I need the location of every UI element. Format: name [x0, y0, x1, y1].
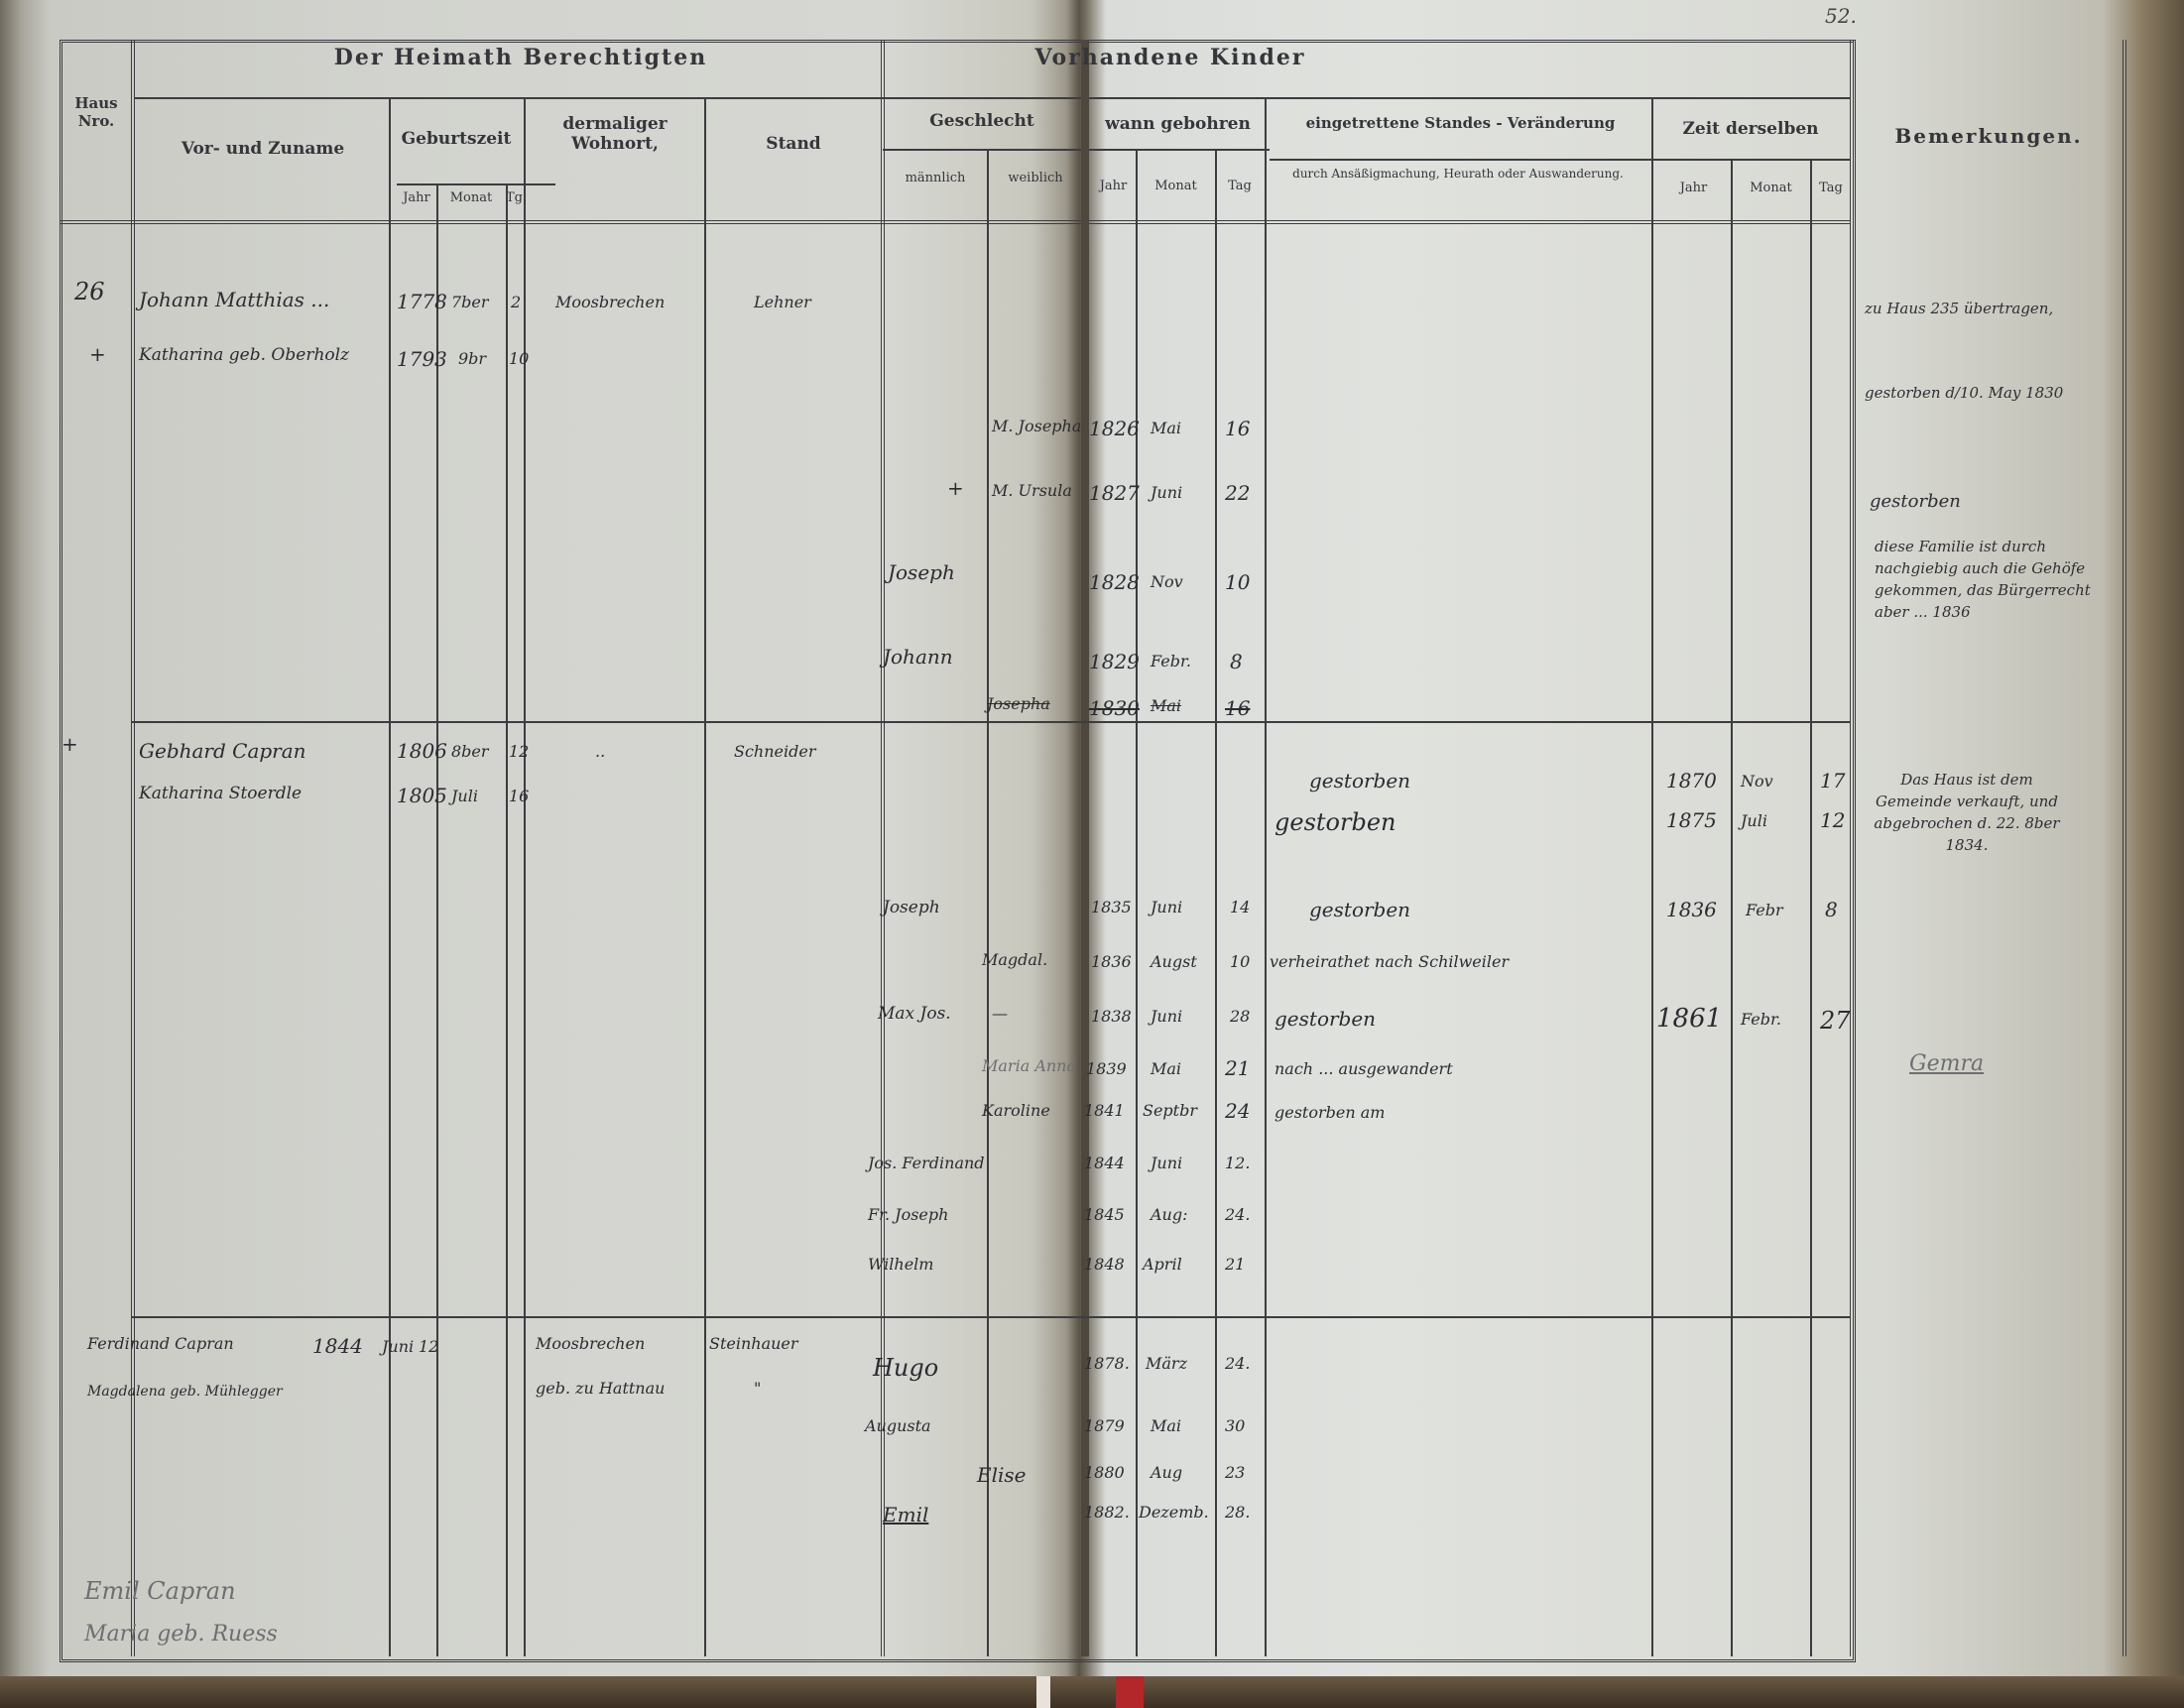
- header-veraenderung: eingetrettene Standes - Veränderung: [1270, 114, 1651, 132]
- child-jahr: 1880: [1084, 1463, 1125, 1482]
- child-weiblich: Karoline: [982, 1101, 1050, 1120]
- family-separator-2: [131, 1316, 1850, 1318]
- col-rule-name: [389, 97, 391, 1656]
- col-rule-bemerkungen: [1850, 40, 1854, 1656]
- col-rule-monat: [506, 183, 508, 1656]
- parent-name: Katharina geb. Oberholz: [139, 345, 349, 365]
- pencil-entry: Emil Capran: [84, 1577, 236, 1605]
- subheader-rule-zeit: [1651, 159, 1850, 161]
- child-tag: 21: [1225, 1255, 1245, 1274]
- child-maennlich: Wilhelm: [868, 1255, 933, 1274]
- subheader-rule-veraenderung: [1270, 159, 1651, 161]
- child-tag: 16: [1225, 417, 1250, 440]
- bookmark-ribbon-white: [1036, 1676, 1050, 1708]
- child-tag-struck: 16: [1225, 696, 1250, 720]
- child-jahr: 1836: [1091, 952, 1132, 971]
- child-change-jahr: 1836: [1666, 898, 1717, 921]
- parent-tag: 2: [511, 293, 521, 311]
- child-maennlich: Joseph: [883, 898, 940, 917]
- child-change: verheirathet nach Schilweiler: [1270, 952, 1509, 971]
- parent-stand: Schneider: [734, 742, 815, 761]
- header-wohnort: dermaliger Wohnort,: [536, 114, 694, 154]
- header-name: Vor- und Zuname: [139, 139, 387, 159]
- parent-jahr: 1805: [397, 784, 447, 807]
- family-separator-1: [131, 721, 1850, 723]
- child-weiblich: —: [992, 1004, 1008, 1023]
- header-maennlich: männlich: [886, 171, 985, 185]
- child-monat: März: [1146, 1354, 1187, 1373]
- header-haus-nro: Haus Nro.: [61, 94, 131, 130]
- child-change-jahr: 1861: [1656, 1004, 1722, 1034]
- col-rule-haus: [131, 40, 135, 1656]
- parent-monat: 8ber: [451, 742, 489, 761]
- parent-monat: 9br: [458, 349, 486, 368]
- child-jahr: 1839: [1086, 1059, 1127, 1078]
- remark: diese Familie ist durch nachgiebig auch …: [1875, 536, 2108, 623]
- col-rule-stand: [881, 40, 885, 1656]
- child-tag: 12.: [1225, 1154, 1250, 1172]
- child-jahr: 1879: [1084, 1416, 1125, 1435]
- header-group-heimath: Der Heimath Berechtigten: [298, 45, 744, 70]
- header-geschlecht: Geschlecht: [883, 111, 1081, 131]
- child-jahr: 1828: [1089, 570, 1140, 594]
- child-tag: 10: [1225, 570, 1250, 594]
- child-weiblich: M. Josepha: [992, 417, 1081, 435]
- child-maennlich: Jos. Ferdinand: [868, 1154, 985, 1172]
- register-table-frame: [60, 40, 1856, 1662]
- parent-tag: 10: [509, 349, 529, 368]
- child-monat: Augst: [1151, 952, 1197, 971]
- child-weiblich-struck: Josepha: [987, 694, 1050, 713]
- header-k-tag: Tag: [1217, 179, 1263, 193]
- child-tag: 8: [1230, 650, 1243, 673]
- header-rule-bottom: [60, 220, 1850, 224]
- child-jahr: 1848: [1084, 1255, 1125, 1274]
- header-wann-gebohren: wann gebohren: [1086, 114, 1270, 134]
- child-monat: Juni: [1151, 1007, 1182, 1026]
- remark: gestorben: [1870, 491, 2113, 513]
- parent-monat: Juni: [382, 1337, 414, 1356]
- child-weiblich: Elise: [977, 1463, 1027, 1487]
- child-tag: 30: [1225, 1416, 1245, 1435]
- col-rule-k-monat: [1215, 149, 1217, 1656]
- bookmark-ribbon-red: [1116, 1676, 1144, 1708]
- col-rule-wohnort: [704, 97, 706, 1656]
- col-rule-jahr: [436, 183, 438, 1656]
- child-change-tag: 27: [1820, 1007, 1851, 1035]
- header-z-monat: Monat: [1734, 181, 1808, 195]
- header-weiblich: weiblich: [992, 171, 1079, 185]
- page-number: 52.: [1825, 4, 1857, 28]
- parent-stand: ": [754, 1379, 761, 1398]
- parent-wohnort: ..: [595, 742, 605, 761]
- child-monat: Febr.: [1151, 652, 1191, 671]
- parent-tag: 16: [509, 787, 529, 805]
- child-change: nach ... ausgewandert: [1274, 1059, 1453, 1078]
- parent-change: gestorben: [1274, 808, 1395, 836]
- deceased-marker: +: [947, 476, 964, 500]
- parent-name: Magdalena geb. Mühlegger: [87, 1384, 283, 1400]
- col-rule-k-jahr: [1136, 149, 1138, 1656]
- child-maennlich: Emil: [883, 1503, 928, 1526]
- child-monat: Aug:: [1151, 1205, 1188, 1224]
- parent-wohnort: Moosbrechen: [555, 293, 665, 311]
- child-maennlich: Joseph: [888, 560, 955, 584]
- header-z-tag: Tag: [1812, 181, 1850, 195]
- remark-pencil: Gemra: [1909, 1051, 1984, 1076]
- child-monat-struck: Mai: [1151, 696, 1181, 715]
- child-jahr: 1835: [1091, 898, 1132, 916]
- parent-change: gestorben: [1309, 769, 1410, 793]
- parent-name: Gebhard Capran: [139, 739, 306, 763]
- col-rule-maennlich: [987, 149, 989, 1656]
- haus-nr-26: 26: [74, 278, 105, 305]
- col-rule-tag: [524, 97, 526, 1656]
- child-weiblich: Maria Anna: [982, 1056, 1076, 1075]
- child-change: gestorben: [1274, 1007, 1376, 1031]
- col-rule-z-jahr: [1731, 159, 1733, 1656]
- parent-wohnort: geb. zu Hattnau: [536, 1379, 665, 1398]
- parent-name: Johann Matthias ...: [139, 288, 329, 311]
- header-group-kinder: Vorhandene Kinder: [1022, 45, 1319, 70]
- remark: gestorben d/10. May 1830: [1865, 382, 2113, 404]
- child-monat: Mai: [1151, 1059, 1181, 1078]
- child-tag: 24.: [1225, 1205, 1250, 1224]
- child-change: gestorben am: [1274, 1103, 1385, 1122]
- child-jahr: 1844: [1084, 1154, 1125, 1172]
- header-tag: Tg.: [506, 190, 526, 205]
- header-rule-top-group: [134, 97, 1850, 99]
- remark: Das Haus ist dem Gemeinde verkauft, und …: [1863, 769, 2071, 856]
- child-weiblich: M. Ursula: [992, 481, 1072, 500]
- pencil-entry: Maria geb. Ruess: [84, 1622, 278, 1647]
- header-monat: Monat: [438, 190, 504, 205]
- parent-stand: Lehner: [754, 293, 811, 311]
- child-change: gestorben: [1309, 898, 1410, 921]
- parent-tag: 12: [509, 742, 529, 761]
- subheader-rule-geschlecht: [883, 149, 1081, 151]
- child-jahr: 1826: [1089, 417, 1140, 440]
- parent-stand: Steinhauer: [709, 1334, 798, 1353]
- open-register-book: 52. Haus Nro. Der Heimath Berechtigten V…: [0, 0, 2184, 1708]
- child-change-monat: Febr: [1746, 901, 1783, 919]
- parent-tag: 12: [419, 1337, 438, 1356]
- child-monat: April: [1143, 1255, 1182, 1274]
- parent-change-monat: Juli: [1741, 811, 1767, 830]
- col-rule-z-monat: [1810, 159, 1812, 1656]
- child-monat: Aug: [1151, 1463, 1182, 1482]
- child-monat: Juni: [1151, 898, 1182, 916]
- child-tag: 24.: [1225, 1354, 1250, 1373]
- header-z-jahr: Jahr: [1656, 181, 1731, 195]
- parent-change-monat: Nov: [1741, 772, 1773, 791]
- child-jahr: 1838: [1091, 1007, 1132, 1026]
- header-k-jahr: Jahr: [1091, 179, 1136, 193]
- child-tag: 28.: [1225, 1503, 1250, 1522]
- subheader-rule-geburtszeit: [397, 183, 555, 185]
- child-jahr: 1878.: [1084, 1354, 1130, 1373]
- child-tag: 10: [1230, 952, 1250, 971]
- header-stand: Stand: [709, 134, 878, 154]
- child-jahr: 1882.: [1084, 1503, 1130, 1522]
- parent-name: Katharina Stoerdle: [139, 784, 302, 803]
- subheader-rule-wann: [1086, 149, 1270, 151]
- child-weiblich: Magdal.: [982, 950, 1047, 969]
- child-tag: 21: [1225, 1056, 1250, 1080]
- child-tag: 28: [1230, 1007, 1250, 1026]
- child-monat: Dezemb.: [1139, 1503, 1209, 1522]
- child-tag: 23: [1225, 1463, 1245, 1482]
- child-monat: Nov: [1151, 572, 1183, 591]
- parent-change-jahr: 1875: [1666, 808, 1717, 832]
- child-change-monat: Febr.: [1741, 1010, 1781, 1029]
- header-veraenderung-sub: durch Ansäßigmachung, Heurath oder Auswa…: [1289, 167, 1627, 181]
- child-monat: Mai: [1151, 419, 1181, 437]
- child-jahr: 1827: [1089, 481, 1140, 505]
- child-jahr: 1829: [1089, 650, 1140, 673]
- parent-change-jahr: 1870: [1666, 769, 1717, 793]
- parent-change-tag: 17: [1820, 769, 1845, 793]
- parent-wohnort: Moosbrechen: [536, 1334, 645, 1353]
- header-jahr: Jahr: [397, 190, 436, 205]
- header-geburtszeit: Geburtszeit: [392, 129, 521, 149]
- parent-monat: 7ber: [451, 293, 489, 311]
- book-bottom-edge: [0, 1676, 2184, 1708]
- header-k-monat: Monat: [1139, 179, 1213, 193]
- parent-monat: Juli: [451, 787, 478, 805]
- child-monat: Mai: [1151, 1416, 1181, 1435]
- child-tag: 22: [1225, 481, 1250, 505]
- child-change-tag: 8: [1825, 898, 1838, 921]
- child-maennlich: Max Jos.: [878, 1004, 951, 1024]
- deceased-marker-1: +: [89, 342, 106, 366]
- col-rule-veraenderung: [1651, 97, 1653, 1656]
- col-rule-gutter: [1081, 40, 1089, 1656]
- child-maennlich: Augusta: [865, 1416, 931, 1435]
- deceased-marker-2: +: [61, 732, 78, 756]
- child-jahr: 1845: [1084, 1205, 1125, 1224]
- child-monat: Septbr: [1143, 1101, 1197, 1120]
- header-zeit-derselben: Zeit derselben: [1651, 119, 1850, 139]
- child-monat: Juni: [1151, 483, 1182, 502]
- child-tag: 24: [1225, 1099, 1250, 1123]
- parent-name: Ferdinand Capran: [87, 1334, 234, 1353]
- col-rule-k-tag: [1265, 97, 1267, 1656]
- child-jahr: 1841: [1084, 1101, 1125, 1120]
- child-maennlich: Fr. Joseph: [868, 1205, 948, 1224]
- remark: zu Haus 235 übertragen,: [1865, 298, 2108, 319]
- child-tag: 14: [1230, 898, 1250, 916]
- child-maennlich: Johann: [883, 645, 953, 669]
- parent-jahr: 1793: [397, 347, 447, 371]
- page-right-border: [2123, 40, 2126, 1656]
- parent-change-tag: 12: [1820, 808, 1845, 832]
- child-jahr-struck: 1830: [1089, 696, 1140, 720]
- parent-jahr: 1844: [312, 1334, 363, 1358]
- child-monat: Juni: [1151, 1154, 1182, 1172]
- header-bemerkungen: Bemerkungen.: [1855, 124, 2123, 148]
- parent-jahr: 1778: [397, 290, 447, 313]
- parent-jahr: 1806: [397, 739, 447, 763]
- child-maennlich: Hugo: [873, 1354, 938, 1382]
